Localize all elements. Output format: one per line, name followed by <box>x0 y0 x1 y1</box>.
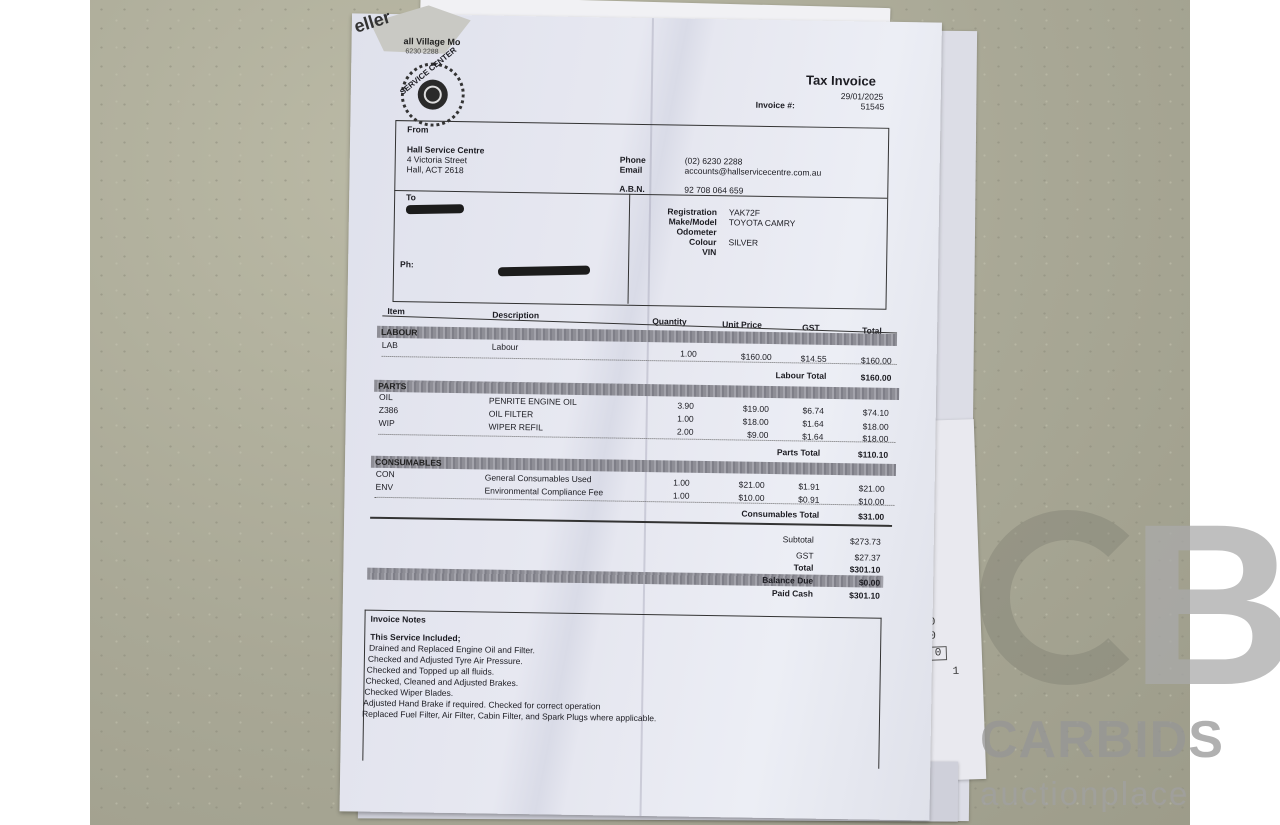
section-label: CONSUMABLES <box>375 457 442 468</box>
labour-total-value: $160.00 <box>841 372 891 383</box>
redacted-phone <box>498 266 590 277</box>
notes-label: Invoice Notes <box>370 614 425 625</box>
email-value: accounts@hallservicecentre.com.au <box>685 166 822 178</box>
cell-quantity: 1.00 <box>645 477 690 488</box>
section-band-consumables: CONSUMABLES <box>371 456 896 476</box>
section-band-parts: PARTS <box>374 380 899 400</box>
from-label: From <box>407 124 428 134</box>
invoice-number: 51545 <box>861 101 885 111</box>
subtotal-value: $273.73 <box>831 536 881 547</box>
sticker-business: all Village Mo <box>404 36 461 47</box>
cell-total: $74.10 <box>839 407 889 418</box>
sheet-mark: 1 <box>952 666 959 678</box>
notes-heading: This Service Included; <box>370 632 460 643</box>
note-line: Checked and Topped up all fluids. <box>367 665 495 677</box>
subtotal-label: Subtotal <box>744 534 814 545</box>
email-label: Email <box>620 165 643 175</box>
parts-total-label: Parts Total <box>720 446 820 458</box>
consumables-total-value: $31.00 <box>834 511 884 522</box>
make-model-value: TOYOTA CAMRY <box>729 217 796 228</box>
redacted-name <box>406 204 464 214</box>
tax-invoice-document: SERVICE CENTER eller all Village Mo 6230… <box>340 13 942 820</box>
total-value: $301.10 <box>830 564 880 575</box>
cell-item: OIL <box>379 392 393 402</box>
document-title: Tax Invoice <box>806 73 876 89</box>
cell-total: $21.00 <box>835 483 885 494</box>
cell-quantity: 1.00 <box>652 348 697 359</box>
col-gst: GST <box>802 322 820 332</box>
cell-description: WIPER REFIL <box>488 422 542 433</box>
cell-item: WIP <box>379 418 395 428</box>
cell-gst: $1.91 <box>780 481 820 492</box>
cell-description: Environmental Compliance Fee <box>484 486 603 498</box>
paid-cash-label: Paid Cash <box>723 587 813 598</box>
cell-description: General Consumables Used <box>485 473 592 485</box>
cell-item: ENV <box>376 482 394 492</box>
cell-item: Z386 <box>379 405 399 415</box>
cell-description: Labour <box>492 342 519 352</box>
sheet-mark: 0 <box>930 646 947 661</box>
cell-description: PENRITE ENGINE OIL <box>489 396 577 407</box>
cell-unit-price: $19.00 <box>719 403 769 414</box>
from-address-2: Hall, ACT 2618 <box>407 164 464 175</box>
cell-gst: $1.64 <box>784 418 824 429</box>
consumables-total-label: Consumables Total <box>694 508 819 520</box>
registration-value: YAK72F <box>729 207 760 217</box>
phone-label: Phone <box>620 155 646 165</box>
note-line: Checked Wiper Blades. <box>364 687 453 698</box>
invoice-number-label: Invoice #: <box>756 100 795 111</box>
labour-total-label: Labour Total <box>726 369 826 381</box>
cell-unit-price: $21.00 <box>715 479 765 490</box>
cell-unit-price: $18.00 <box>719 416 769 427</box>
cell-item: CON <box>376 469 395 479</box>
gst-label: GST <box>744 550 814 561</box>
cell-description: OIL FILTER <box>489 409 534 420</box>
photo-background: 0 0 0 1 SERVICE CENTER eller all Village… <box>90 0 1190 825</box>
to-phone-label: Ph: <box>400 259 414 269</box>
section-label: PARTS <box>378 381 406 391</box>
vin-label: VIN <box>644 246 716 257</box>
balance-due-label: Balance Due <box>723 574 813 585</box>
invoice-date: 29/01/2025 <box>841 91 884 102</box>
paid-cash-value: $301.10 <box>830 590 880 601</box>
to-label: To <box>406 192 416 202</box>
cell-item: LAB <box>382 340 398 350</box>
sticker-phone: 6230 2288 <box>405 48 438 56</box>
section-label: LABOUR <box>381 327 418 338</box>
cell-quantity: 2.00 <box>648 426 693 437</box>
parts-total-value: $110.10 <box>838 449 888 460</box>
cell-quantity: 1.00 <box>649 413 694 424</box>
balance-due-value: $0.00 <box>830 577 880 588</box>
abn-label: A.B.N. <box>619 184 645 194</box>
cell-quantity: 1.00 <box>644 490 689 501</box>
tyre-icon <box>418 79 448 109</box>
cell-gst: $6.74 <box>784 405 824 416</box>
total-label: Total <box>743 562 813 573</box>
gst-value: $27.37 <box>830 552 880 563</box>
cell-quantity: 3.90 <box>649 400 694 411</box>
colour-value: SILVER <box>728 237 758 247</box>
cell-total: $18.00 <box>839 421 889 432</box>
